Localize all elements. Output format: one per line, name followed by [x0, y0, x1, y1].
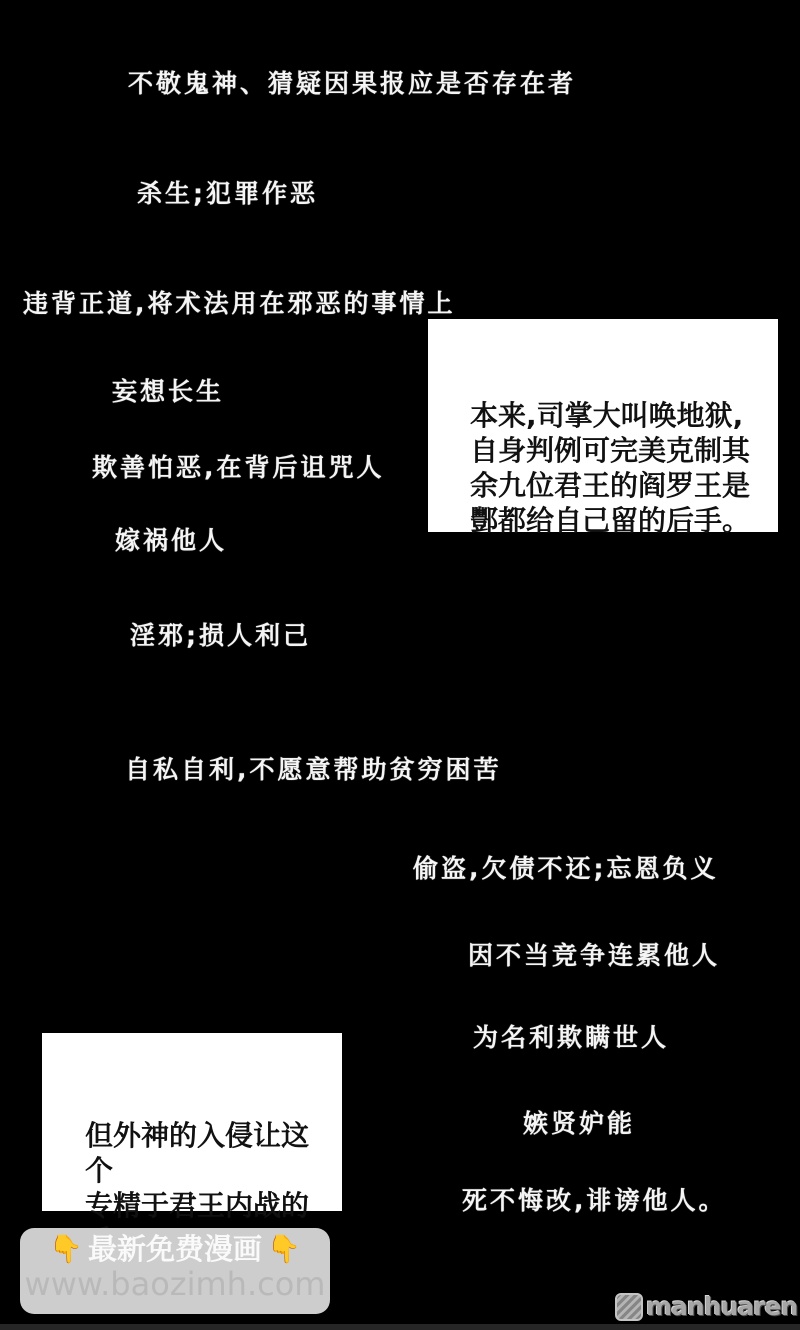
comic-page: 不敬鬼神、猜疑因果报应是否存在者 杀生;犯罪作恶 违背正道,将术法用在邪恶的事情…	[0, 0, 800, 1330]
manhuaren-logo: manhuaren .com	[615, 1293, 800, 1321]
baozimh-watermark: 👇 最新免费漫画 👇 www.baozimh.com	[20, 1228, 330, 1314]
sin-label: 死不悔改,诽谤他人。	[462, 1181, 727, 1217]
sin-label: 嫉贤妒能	[523, 1104, 635, 1140]
caption-box-right: 本来,司掌大叫唤地狱, 自身判例可完美克制其 余九位君王的阎罗王是 酆都给自己留…	[428, 319, 778, 532]
sin-label: 偷盗,欠债不还;忘恩负义	[413, 849, 719, 885]
sin-label: 欺善怕恶,在背后诅咒人	[92, 448, 385, 484]
pointing-down-icon: 👇	[267, 1236, 301, 1263]
sin-label: 杀生;犯罪作恶	[137, 174, 318, 210]
caption-text: 本来,司掌大叫唤地狱, 自身判例可完美克制其 余九位君王的阎罗王是 酆都给自己留…	[470, 399, 750, 537]
sin-label: 因不当竞争连累他人	[468, 936, 720, 972]
sin-label: 淫邪;损人利己	[130, 616, 311, 652]
manhuaren-logo-icon	[615, 1293, 643, 1321]
watermark-title: 最新免费漫画	[88, 1232, 262, 1266]
sin-label: 违背正道,将术法用在邪恶的事情上	[23, 284, 456, 320]
watermark-url: www.baozimh.com	[20, 1266, 330, 1302]
manhuaren-logo-text: manhuaren	[646, 1293, 797, 1321]
pointing-down-icon: 👇	[49, 1236, 83, 1263]
sin-label: 不敬鬼神、猜疑因果报应是否存在者	[128, 64, 576, 100]
bottom-edge-strip	[0, 1324, 800, 1330]
sin-label: 嫁祸他人	[115, 521, 227, 557]
sin-label: 为名利欺瞒世人	[473, 1018, 669, 1054]
watermark-title-row: 👇 最新免费漫画 👇	[20, 1232, 330, 1266]
sin-label: 自私自利,不愿意帮助贫穷困苦	[125, 750, 502, 786]
caption-box-left: 但外神的入侵让这个 专精于君王内战的后 手变得毫无意义。	[42, 1033, 342, 1211]
sin-label: 妄想长生	[112, 372, 224, 408]
